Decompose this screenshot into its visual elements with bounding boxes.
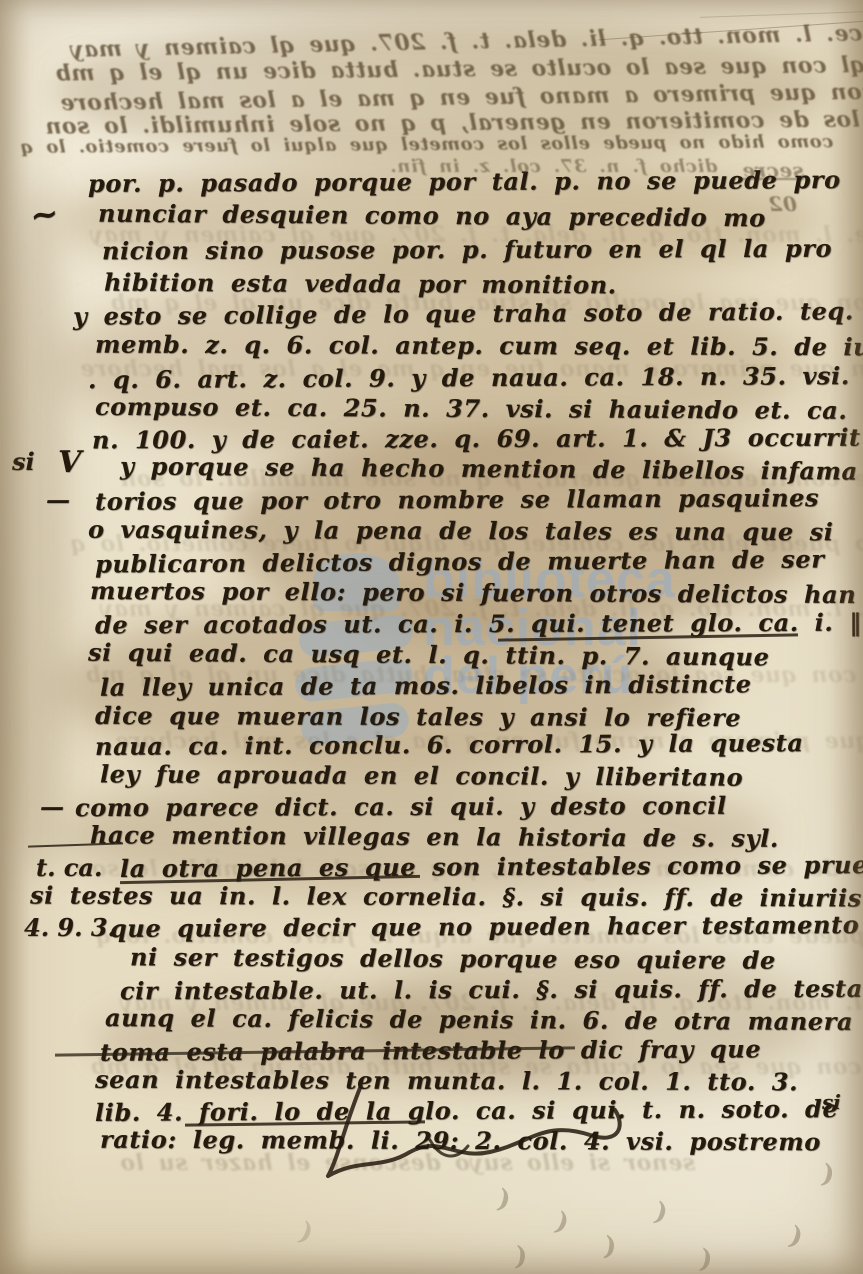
manuscript-line: naua. ca. int. conclu. 6. corrol. 15. y …	[95, 731, 804, 759]
margin-note-si: si	[12, 450, 35, 474]
bleed-mark: )	[697, 1244, 714, 1274]
manuscript-page: biblioteca nacional del perú 2. dice. l.…	[0, 0, 863, 1274]
bleed-mark: )	[513, 1241, 528, 1272]
manuscript-line: ley fue aprouada en el concil. y lliberi…	[100, 762, 743, 789]
manuscript-line: nunciar desquien como no aya precedido m…	[98, 202, 766, 231]
manuscript-line: la lley unica de ta mos. libelos in dist…	[100, 672, 752, 699]
manuscript-line: nicion sino pusose por. p. futuro en el …	[102, 237, 832, 264]
manuscript-line: sean intestables ten munta. l. 1. col. 1…	[95, 1068, 798, 1094]
manuscript-line: cir intestable. ut. l. is cui. §. si qui…	[120, 977, 863, 1004]
manuscript-line: hibition esta vedada por monition.	[104, 271, 617, 298]
manuscript-line: memb. z. q. 6. col. antep. cum seq. et l…	[95, 333, 863, 360]
margin-v-mark: V	[58, 448, 81, 478]
margin-hook-mark: ~	[28, 196, 61, 234]
bleed-mark: )	[551, 1207, 573, 1239]
bleed-mark: )	[651, 1197, 671, 1229]
manuscript-line: aunq el ca. felicis de penis in. 6. de o…	[105, 1006, 853, 1034]
manuscript-line: dice que mueran los tales y ansi lo refi…	[95, 704, 741, 730]
manuscript-line: y esto se collige de lo que traha soto d…	[73, 299, 854, 328]
manuscript-line: de ser acotados ut. ca. i. 5. qui. tenet…	[95, 611, 862, 638]
bleed-mark: )	[295, 1217, 318, 1249]
manuscript-line: n. 100. y de caiet. zze. q. 69. art. 1. …	[92, 426, 861, 453]
manuscript-line: la otra pena es que son intestables como…	[120, 853, 863, 881]
manuscript-line: ni ser testigos dellos porque eso quiere…	[130, 945, 776, 972]
manuscript-line: hace mention villegas en la historia de …	[90, 823, 779, 851]
margin-dash: —	[46, 488, 70, 512]
manuscript-line: compuso et. ca. 25. n. 37. vsi. si hauie…	[95, 395, 863, 423]
margin-note-t-ca: t. ca.	[36, 856, 102, 880]
manuscript-line: por. p. pasado porque por tal. p. no se …	[88, 168, 841, 196]
manuscript-line: . q. 6. art. z. col. 9. y de naua. ca. 1…	[88, 364, 863, 392]
paper-stain	[0, 180, 70, 880]
manuscript-line: o vasquines, y la pena de los tales es u…	[88, 518, 834, 545]
manuscript-line: toma esta palabra intestable lo dic fray…	[100, 1037, 761, 1064]
manuscript-line: ratio: leg. memb. li. 29: 2. col. 4. vsi…	[100, 1128, 821, 1155]
manuscript-line: como parece dict. ca. si qui. y desto co…	[75, 794, 727, 820]
bleed-mark: )	[819, 1159, 837, 1191]
bleedthrough-line: como hido no puede ellos los cometel que…	[20, 133, 833, 157]
bleed-mark: )	[495, 1184, 514, 1216]
manuscript-line: y porque se ha hecho mention de libellos…	[120, 454, 858, 483]
manuscript-line: lib. 4. fori. lo de la glo. ca. si qui. …	[95, 1097, 838, 1125]
manuscript-line: si testes ua in. l. lex cornelia. §. si …	[30, 884, 862, 911]
folio-mark: 02	[768, 194, 797, 214]
bleed-mark: )	[786, 1221, 807, 1253]
manuscript-line: muertos por ello: pero si fueron otros d…	[90, 579, 856, 607]
paper-crease	[700, 11, 863, 18]
margin-ref-number: 4. 9. 3.	[24, 916, 116, 940]
manuscript-line: si qui ead. ca usq et. l. q. ttin. p. 7.…	[88, 641, 770, 670]
bleed-mark: )	[602, 1231, 618, 1262]
margin-dash: —	[40, 795, 64, 819]
manuscript-line: que quiere decir que no pueden hacer tes…	[110, 913, 859, 941]
margin-note-si-right: si	[822, 1092, 841, 1112]
manuscript-line: publicaron delictos dignos de muerte han…	[95, 547, 825, 576]
manuscript-line: torios que por otro nombre se llaman pas…	[95, 486, 819, 514]
